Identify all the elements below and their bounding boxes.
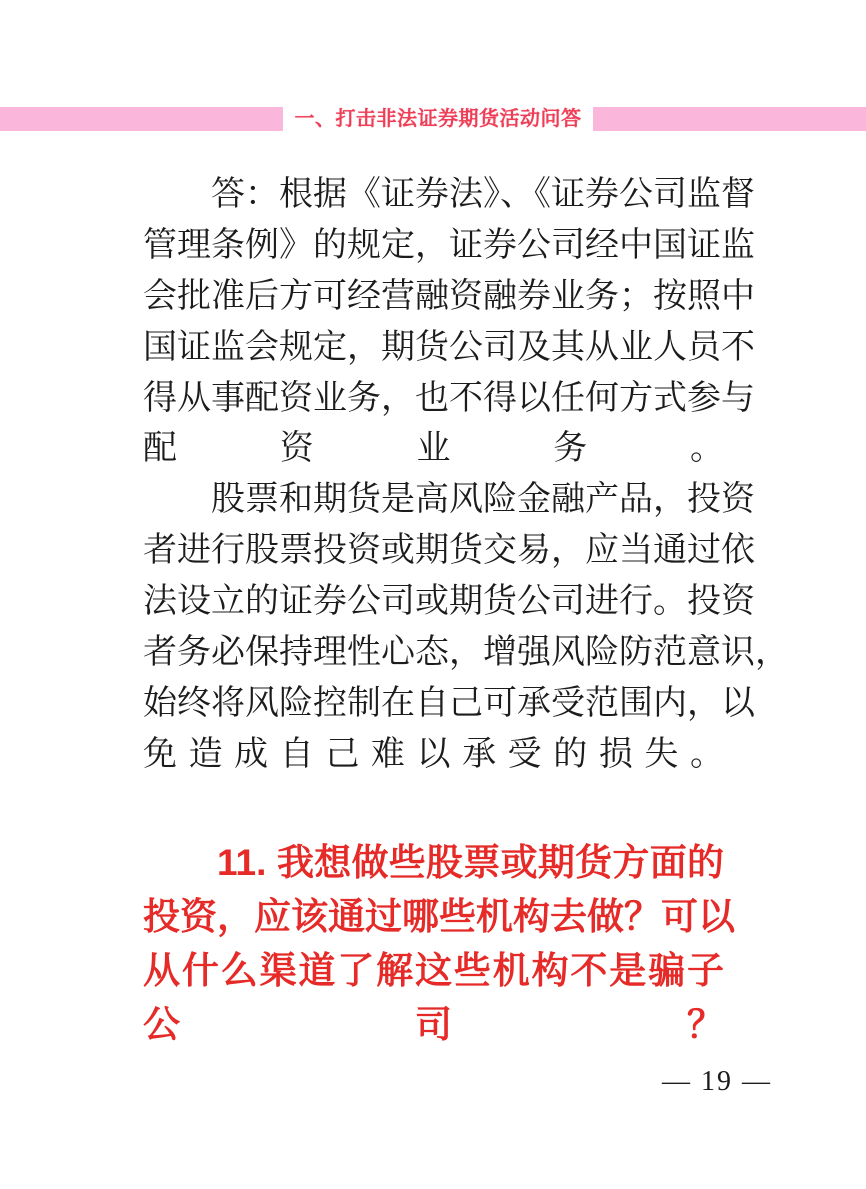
question-line-3: 从什么渠道了解这些机构不是骗子 — [143, 944, 724, 998]
answer-line-1: 答：根据《证券法》、《证券公司监督 — [143, 170, 724, 221]
question-line-2: 投资，应该通过哪些机构去做？可以 — [143, 890, 724, 944]
answer-line-7: 股票和期货是高风险金融产品，投资 — [143, 475, 724, 526]
answer-line-9: 法设立的证券公司或期货公司进行。投资 — [143, 577, 724, 628]
question-line-1: 11. 我想做些股票或期货方面的 — [143, 836, 724, 890]
answer-line-2: 管理条例》的规定，证券公司经中国证监 — [143, 221, 724, 272]
header-bar-left — [0, 107, 283, 131]
answer-body: 答：根据《证券法》、《证券公司监督管理条例》的规定，证券公司经中国证监会批准后方… — [143, 170, 724, 781]
running-header-title: 一、打击非法证券期货活动问答 — [283, 106, 593, 132]
answer-line-4: 国证监会规定，期货公司及其从业人员不 — [143, 323, 724, 374]
answer-line-6: 配资业务。 — [143, 424, 724, 475]
answer-line-8: 者进行股票投资或期货交易，应当通过依 — [143, 526, 724, 577]
question-line-4: 公司？ — [143, 998, 724, 1052]
answer-line-12: 免造成自己难以承受的损失。 — [143, 730, 724, 781]
answer-line-10: 者务必保持理性心态，增强风险防范意识， — [143, 628, 724, 679]
page-number: — 19 — — [662, 1066, 772, 1098]
question-heading: 11. 我想做些股票或期货方面的投资，应该通过哪些机构去做？可以从什么渠道了解这… — [143, 836, 724, 1052]
answer-line-11: 始终将风险控制在自己可承受范围内，以 — [143, 679, 724, 730]
book-page: 一、打击非法证券期货活动问答 答：根据《证券法》、《证券公司监督管理条例》的规定… — [0, 0, 866, 1189]
answer-line-5: 得从事配资业务，也不得以任何方式参与 — [143, 374, 724, 425]
answer-line-3: 会批准后方可经营融资融券业务；按照中 — [143, 272, 724, 323]
header-bar-right — [593, 107, 866, 131]
